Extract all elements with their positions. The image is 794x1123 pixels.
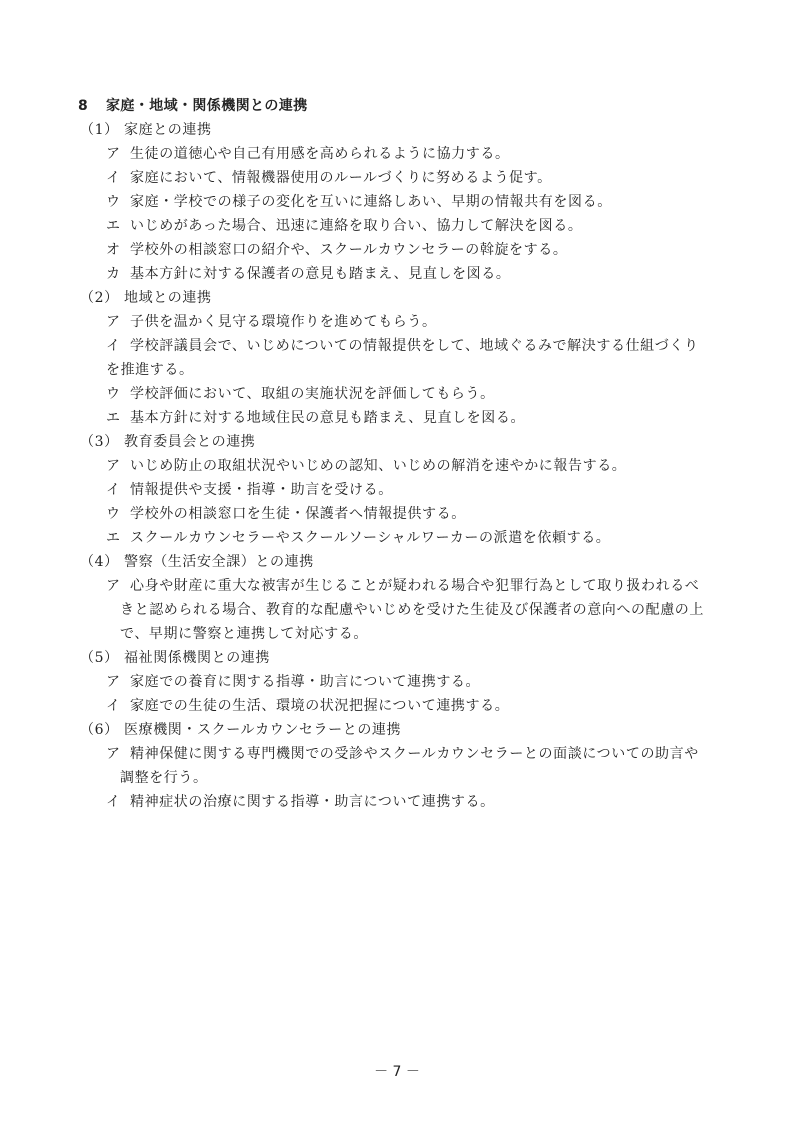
list-item: アいじめ防止の取組状況やいじめの認知、いじめの解消を速やかに報告する。 bbox=[106, 457, 626, 475]
item-text: 精神保健に関する専門機関での受診やスクールカウンセラーとの面談についての助言や bbox=[130, 746, 699, 762]
item-text: いじめ防止の取組状況やいじめの認知、いじめの解消を速やかに報告する。 bbox=[130, 458, 626, 474]
subsection-number: （6） bbox=[80, 721, 124, 739]
subsection-heading-6: （6）医療機関・スクールカウンセラーとの連携 bbox=[80, 721, 401, 739]
item-marker: ウ bbox=[106, 505, 130, 523]
subsection-title: 家庭との連携 bbox=[124, 122, 212, 138]
item-marker: ア bbox=[106, 457, 130, 475]
subsection-heading-2: （2）地域との連携 bbox=[80, 289, 212, 307]
heading-number: 8 bbox=[78, 97, 106, 115]
item-marker: エ bbox=[106, 529, 130, 547]
subsection-heading-4: （4）警察（生活安全課）との連携 bbox=[80, 553, 314, 571]
subsection-number: （3） bbox=[80, 433, 124, 451]
item-text: 基本方針に対する地域住民の意見も踏まえ、見直しを図る。 bbox=[130, 410, 525, 426]
list-item-continuation: きと認められる場合、教育的な配慮やいじめを受けた生徒及び保護者の意向への配慮の上 bbox=[120, 601, 704, 619]
item-text: 学校評価において、取組の実施状況を評価してもらう。 bbox=[130, 386, 495, 402]
item-text: 学校外の相談窓口を生徒・保護者へ情報提供する。 bbox=[130, 506, 466, 522]
item-text: 精神症状の治療に関する指導・助言について連携する。 bbox=[130, 794, 495, 810]
item-marker: エ bbox=[106, 217, 130, 235]
list-item: イ家庭において、情報機器使用のルールづくりに努めるよう促す。 bbox=[106, 169, 552, 187]
list-item: ウ学校評価において、取組の実施状況を評価してもらう。 bbox=[106, 385, 495, 403]
subsection-title: 教育委員会との連携 bbox=[124, 434, 255, 450]
list-item: ア精神保健に関する専門機関での受診やスクールカウンセラーとの面談についての助言や bbox=[106, 745, 699, 763]
item-marker: ア bbox=[106, 673, 130, 691]
item-text: 学校評議員会で、いじめについての情報提供をして、地域ぐるみで解決する仕組づくり bbox=[130, 338, 699, 354]
item-text: いじめがあった場合、迅速に連絡を取り合い、協力して解決を図る。 bbox=[130, 218, 582, 234]
list-item: イ情報提供や支援・指導・助言を受ける。 bbox=[106, 481, 393, 499]
item-marker: エ bbox=[106, 409, 130, 427]
section-heading: 8家庭・地域・関係機関との連携 bbox=[78, 97, 308, 115]
list-item: ア生徒の道徳心や自己有用感を高められるように協力する。 bbox=[106, 145, 510, 163]
item-marker: オ bbox=[106, 241, 130, 259]
subsection-number: （1） bbox=[80, 121, 124, 139]
item-marker: イ bbox=[106, 481, 130, 499]
item-text: 学校外の相談窓口の紹介や、スクールカウンセラーの斡旋をする。 bbox=[130, 242, 567, 258]
item-text: 家庭での生徒の生活、環境の状況把握について連携する。 bbox=[130, 698, 509, 714]
subsection-heading-1: （1）家庭との連携 bbox=[80, 121, 212, 139]
item-marker: ウ bbox=[106, 193, 130, 211]
list-item-continuation: で、早期に警察と連携して対応する。 bbox=[120, 625, 368, 643]
subsection-number: （4） bbox=[80, 553, 124, 571]
list-item: エ基本方針に対する地域住民の意見も踏まえ、見直しを図る。 bbox=[106, 409, 525, 427]
list-item: オ学校外の相談窓口の紹介や、スクールカウンセラーの斡旋をする。 bbox=[106, 241, 567, 259]
item-text: 心身や財産に重大な被害が生じることが疑われる場合や犯罪行為として取り扱われるべ bbox=[130, 578, 699, 594]
item-marker: カ bbox=[106, 265, 130, 283]
list-item-continuation: 調整を行う。 bbox=[120, 769, 208, 787]
list-item: イ学校評議員会で、いじめについての情報提供をして、地域ぐるみで解決する仕組づくり bbox=[106, 337, 699, 355]
item-marker: イ bbox=[106, 337, 130, 355]
subsection-heading-5: （5）福祉関係機関との連携 bbox=[80, 649, 270, 667]
list-item: イ家庭での生徒の生活、環境の状況把握について連携する。 bbox=[106, 697, 509, 715]
item-text: 基本方針に対する保護者の意見も踏まえ、見直しを図る。 bbox=[130, 266, 510, 282]
subsection-number: （5） bbox=[80, 649, 124, 667]
item-text: 生徒の道徳心や自己有用感を高められるように協力する。 bbox=[130, 146, 510, 162]
list-item: エスクールカウンセラーやスクールソーシャルワーカーの派遣を依頼する。 bbox=[106, 529, 610, 547]
item-marker: イ bbox=[106, 697, 130, 715]
list-item: イ精神症状の治療に関する指導・助言について連携する。 bbox=[106, 793, 495, 811]
item-marker: イ bbox=[106, 793, 130, 811]
list-item: カ基本方針に対する保護者の意見も踏まえ、見直しを図る。 bbox=[106, 265, 510, 283]
subsection-title: 医療機関・スクールカウンセラーとの連携 bbox=[124, 722, 401, 738]
list-item: ア心身や財産に重大な被害が生じることが疑われる場合や犯罪行為として取り扱われるべ bbox=[106, 577, 699, 595]
item-text: スクールカウンセラーやスクールソーシャルワーカーの派遣を依頼する。 bbox=[130, 530, 610, 546]
item-text: 情報提供や支援・指導・助言を受ける。 bbox=[130, 482, 393, 498]
subsection-title: 警察（生活安全課）との連携 bbox=[124, 554, 314, 570]
item-marker: ウ bbox=[106, 385, 130, 403]
item-text: 家庭・学校での様子の変化を互いに連絡しあい、早期の情報共有を図る。 bbox=[130, 194, 612, 210]
list-item: ア子供を温かく見守る環境作りを進めてもらう。 bbox=[106, 313, 437, 331]
item-marker: ア bbox=[106, 313, 130, 331]
item-text: 子供を温かく見守る環境作りを進めてもらう。 bbox=[130, 314, 437, 330]
subsection-title: 地域との連携 bbox=[124, 290, 212, 306]
item-text: 家庭での養育に関する指導・助言について連携する。 bbox=[130, 674, 480, 690]
list-item-continuation: を推進する。 bbox=[106, 361, 194, 379]
list-item: ウ家庭・学校での様子の変化を互いに連絡しあい、早期の情報共有を図る。 bbox=[106, 193, 612, 211]
subsection-number: （2） bbox=[80, 289, 124, 307]
list-item: ア家庭での養育に関する指導・助言について連携する。 bbox=[106, 673, 480, 691]
heading-title: 家庭・地域・関係機関との連携 bbox=[106, 98, 308, 114]
list-item: ウ学校外の相談窓口を生徒・保護者へ情報提供する。 bbox=[106, 505, 466, 523]
document-page: 8家庭・地域・関係機関との連携 （1）家庭との連携 ア生徒の道徳心や自己有用感を… bbox=[0, 0, 794, 1123]
page-number: － 7 － bbox=[0, 1061, 794, 1081]
item-text: 家庭において、情報機器使用のルールづくりに努めるよう促す。 bbox=[130, 170, 552, 186]
subsection-title: 福祉関係機関との連携 bbox=[124, 650, 270, 666]
item-marker: ア bbox=[106, 577, 130, 595]
item-marker: イ bbox=[106, 169, 130, 187]
list-item: エいじめがあった場合、迅速に連絡を取り合い、協力して解決を図る。 bbox=[106, 217, 582, 235]
item-marker: ア bbox=[106, 745, 130, 763]
item-marker: ア bbox=[106, 145, 130, 163]
subsection-heading-3: （3）教育委員会との連携 bbox=[80, 433, 255, 451]
